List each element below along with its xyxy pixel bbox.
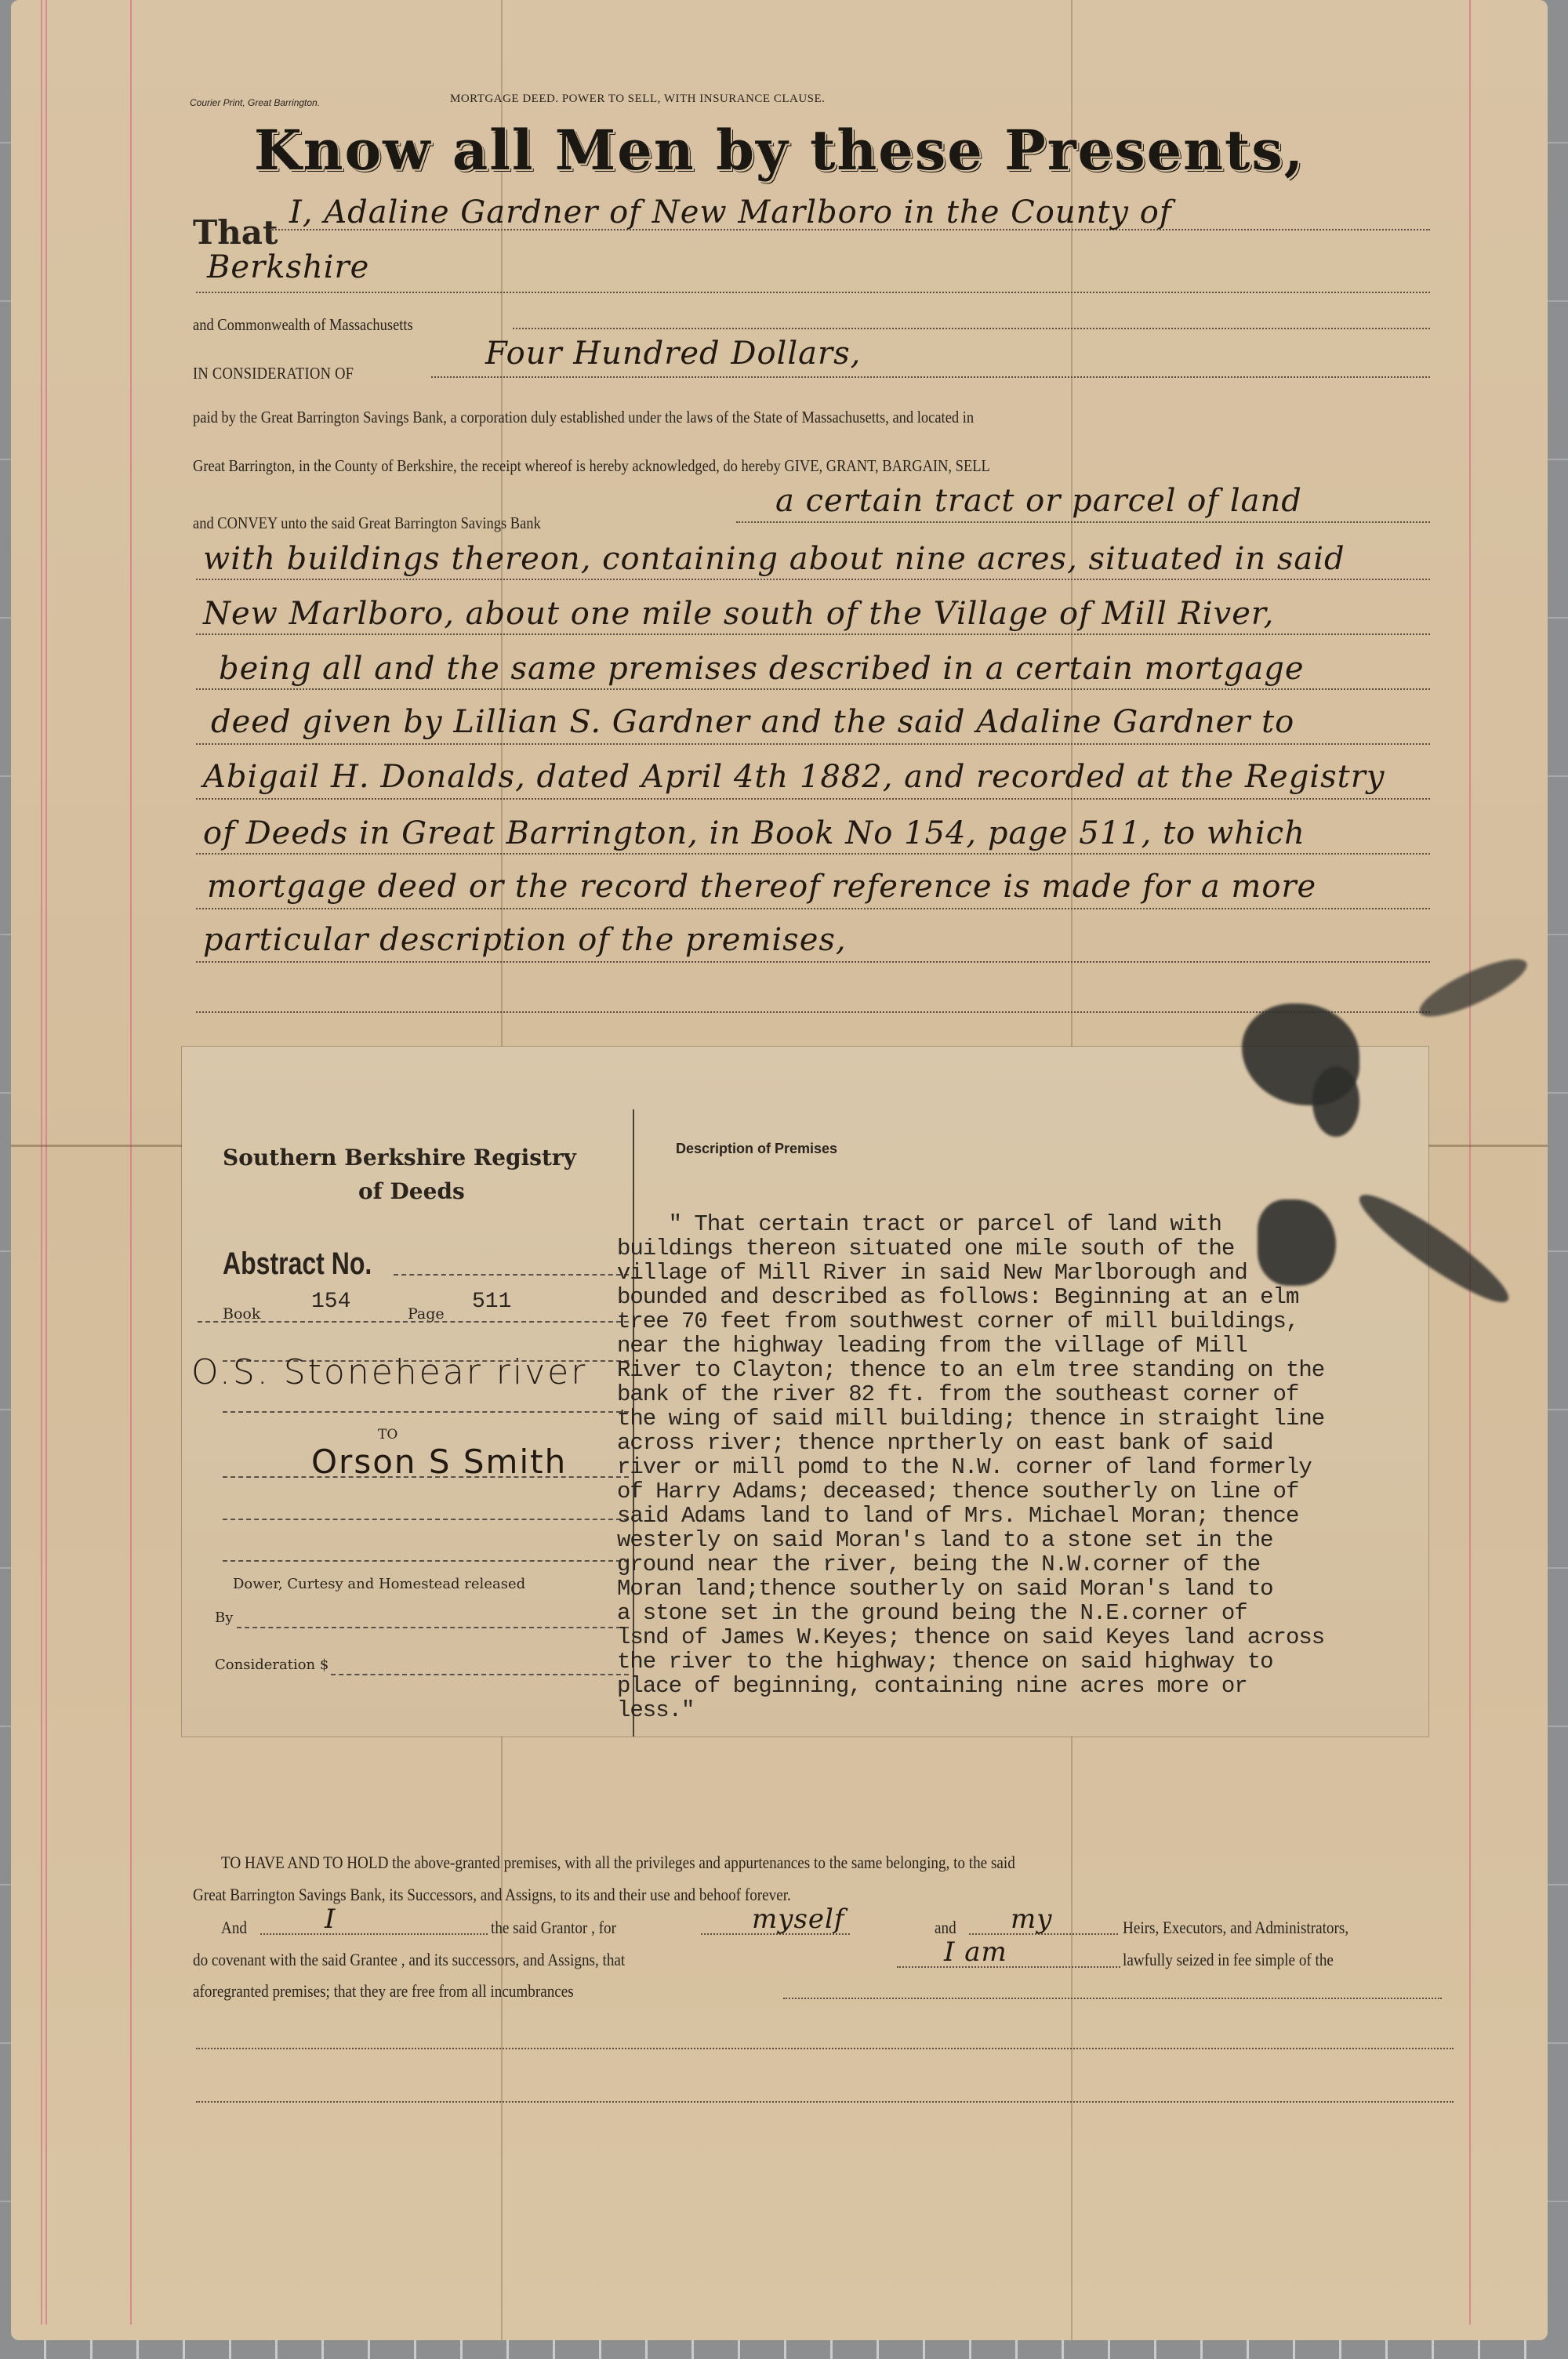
ruled-line [223,1560,629,1562]
ruled-line [196,798,1430,800]
ink-blot [1312,1066,1359,1137]
consideration-label: Consideration $ [215,1657,328,1673]
typed-line: less." [617,1698,1425,1722]
typed-line: across river; thence nprtherly on east b… [617,1431,1425,1455]
convey-handwritten: a certain tract or parcel of land [775,483,1302,519]
handwritten-description-line: particular description of the premises, [203,922,847,958]
margin-rule-left-inner [45,0,47,2325]
registry-name-line2: of Deeds [358,1178,465,1204]
grantor-blank-line [260,1933,488,1935]
seized-label: lawfully seized in fee simple of the [1123,1950,1334,1970]
grantor-name-handwritten: I, Adaline Gardner of New Marlboro in th… [289,194,1172,230]
ruled-line [223,1476,629,1478]
dower-label: Dower, Curtesy and Homestead released [233,1576,525,1592]
grantor-handwritten: O.S. Stonehear river [191,1352,587,1392]
registry-name: Southern Berkshire Registry [223,1145,576,1170]
heirs-label: Heirs, Executors, and Administrators, [1123,1918,1348,1938]
county-line [196,292,1430,293]
ruled-line [196,853,1430,855]
ruled-line [196,743,1430,745]
handwritten-description-line: of Deeds in Great Barrington, in Book No… [203,815,1305,851]
aforegranted-label: aforegranted premises; that they are fre… [193,1981,574,2002]
convey-line [736,521,1430,523]
and-handwritten: I [325,1904,336,1935]
covenant-handwritten: I am [944,1936,1007,1968]
page-number: 511 [472,1290,511,1314]
commonwealth-line [513,328,1430,329]
by-line [237,1627,629,1628]
typed-line: lsnd of James W.Keyes; thence on said Ke… [617,1625,1425,1649]
typed-line: place of beginning, containing nine acre… [617,1674,1425,1698]
margin-rule-left-outer [41,0,42,2325]
ruled-line [196,908,1430,909]
and-label: And [221,1918,247,1938]
ruled-line [196,633,1430,635]
consideration-label: IN CONSIDERATION OF [193,364,354,383]
margin-rule-left [130,0,132,2325]
typed-line: near the highway leading from the villag… [617,1334,1425,1358]
typed-line: bounded and described as follows: Beginn… [617,1285,1425,1309]
habendum-text: TO HAVE AND TO HOLD the above-granted pr… [221,1853,1015,1873]
typed-line: tree 70 feet from southwest corner of mi… [617,1309,1425,1334]
typed-line: River to Clayton; thence to an elm tree … [617,1358,1425,1382]
grantor-label: the said Grantor , for [491,1918,616,1938]
by-label: By [215,1610,233,1626]
commonwealth-label: and Commonwealth of Massachusetts [193,315,413,335]
form-title: MORTGAGE DEED. POWER TO SELL, WITH INSUR… [450,93,825,106]
habendum-text: Great Barrington Savings Bank, its Succe… [193,1885,791,1905]
handwritten-description-line: mortgage deed or the record thereof refe… [207,869,1316,905]
handwritten-description-line: deed given by Lillian S. Gardner and the… [211,704,1294,740]
typed-line: the river to the highway; thence on said… [617,1649,1425,1674]
ruled-line [196,961,1430,963]
ruled-line [196,688,1430,690]
paid-by-text: Great Barrington, in the County of Berks… [193,456,990,476]
book-number: 154 [311,1290,350,1314]
typed-line: bank of the river 82 ft. from the southe… [617,1382,1425,1406]
that-label: That [193,213,278,252]
typed-line: Moran land;thence southerly on said Mora… [617,1577,1425,1601]
headline: Know all Men by these Presents, [11,118,1548,183]
ruled-line [196,579,1430,580]
ruled-line [196,2101,1454,2103]
typed-line: said Adams land to land of Mrs. Michael … [617,1504,1425,1528]
typed-line: river or mill pomd to the N.W. corner of… [617,1455,1425,1479]
covenant-label: do covenant with the said Grantee , and … [193,1950,625,1970]
mortgage-deed-document: Courier Print, Great Barrington. MORTGAG… [11,0,1548,2340]
consideration-line [331,1674,629,1675]
printer-credit: Courier Print, Great Barrington. [190,97,320,108]
incumbrances-line [783,1998,1442,1999]
to-label: TO [378,1427,397,1443]
ruled-line [223,1519,629,1520]
grantee-handwritten: Orson S Smith [311,1443,567,1481]
county-handwritten: Berkshire [207,249,369,285]
registry-abstract-slip: Southern Berkshire Registry of Deeds Abs… [182,1047,1428,1737]
typed-line: the wing of said mill building; thence i… [617,1406,1425,1431]
typed-line: ground near the river, being the N.W.cor… [617,1552,1425,1577]
ruled-line [196,2048,1454,2049]
book-label: Book [223,1305,260,1323]
page-label: Page [408,1305,445,1323]
typed-line: westerly on said Moran's land to a stone… [617,1528,1425,1552]
paid-by-text: paid by the Great Barrington Savings Ban… [193,408,974,427]
covenant-blank-line [897,1966,1120,1968]
book-page-line [198,1321,629,1323]
margin-rule-right [1469,0,1471,2325]
typed-line: of Harry Adams; deceased; thence souther… [617,1479,1425,1504]
handwritten-description-line: being all and the same premises describe… [219,651,1305,687]
for-handwritten: myself [752,1904,844,1935]
ruled-line [196,1011,1430,1013]
handwritten-description-line: New Marlboro, about one mile south of th… [203,596,1274,632]
consideration-line [431,376,1430,378]
handwritten-description-line: Abigail H. Donalds, dated April 4th 1882… [203,759,1385,795]
abstract-number-line [394,1274,629,1276]
and2-label: and [935,1918,956,1938]
typed-line: a stone set in the ground being the N.E.… [617,1601,1425,1625]
abstract-number-label: Abstract No. [223,1247,372,1282]
ink-blot [1258,1199,1336,1286]
consideration-handwritten: Four Hundred Dollars, [485,336,861,372]
and2-handwritten: my [1011,1904,1052,1935]
ruled-line [223,1411,629,1413]
ink-blot [1414,949,1534,1027]
convey-label: and CONVEY unto the said Great Barringto… [193,514,541,533]
handwritten-description-line: with buildings thereon, containing about… [203,541,1345,577]
description-heading: Description of Premises [676,1141,837,1157]
